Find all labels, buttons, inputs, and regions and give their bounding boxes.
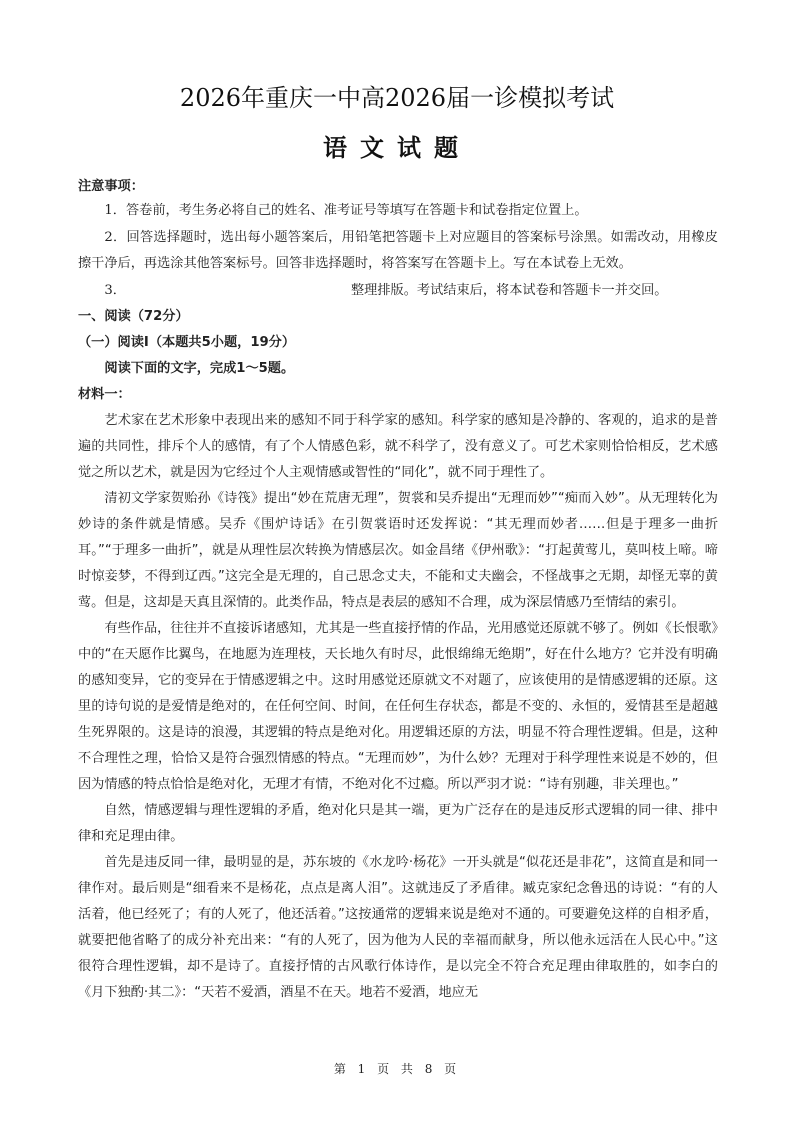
note-item-3-text: 整理排版。考试结束后，将本试卷和答题卡一并交回。 [351,283,668,298]
part-heading: 一、阅读（72分） [78,304,718,330]
paragraph-5: 首先是违反同一律，最明显的是，苏东坡的《水龙吟·杨花》一开头就是“似花还是非花”… [78,850,718,1006]
subject-title: 语文试题 [0,128,794,163]
exam-page: 2026年重庆一中高2026届一诊模拟考试 语文试题 注意事项： 1．答卷前，考… [0,0,794,1122]
page-content: 注意事项： 1．答卷前，考生务必将自己的姓名、准考证号等填写在答题卡和试卷指定位… [78,176,718,1006]
material-label: 材料一： [78,382,718,408]
note-item-1: 1．答卷前，考生务必将自己的姓名、准考证号等填写在答题卡和试卷指定位置上。 [78,198,718,225]
note-item-2: 2．回答选择题时，选出每小题答案后，用铅笔把答题卡上对应题目的答案标号涂黑。如需… [78,225,718,278]
notes-list: 1．答卷前，考生务必将自己的姓名、准考证号等填写在答题卡和试卷指定位置上。 2．… [78,198,718,304]
paragraph-2: 清初文学家贺贻孙《诗筏》提出“妙在荒唐无理”，贺裳和吴乔提出“无理而妙”“痴而入… [78,486,718,616]
exam-title: 2026年重庆一中高2026届一诊模拟考试 [0,78,794,113]
paragraph-1: 艺术家在艺术形象中表现出来的感知不同于科学家的感知。科学家的感知是冷静的、客观的… [78,408,718,486]
page-number: 第 1 页 共 8 页 [0,1060,794,1077]
paragraph-3: 有些作品，往往并不直接诉诸感知，尤其是一些直接抒情的作品，光用感觉还原就不够了。… [78,616,718,798]
paragraph-4: 自然，情感逻辑与理性逻辑的矛盾，绝对化只是其一端，更为广泛存在的是违反形式逻辑的… [78,798,718,850]
notes-heading: 注意事项： [78,176,718,198]
sub-heading: （一）阅读Ⅰ（本题共5小题，19分） [78,330,718,356]
note-item-3: 3．整理排版。考试结束后，将本试卷和答题卡一并交回。 [78,278,718,305]
reading-instruction: 阅读下面的文字，完成1～5题。 [78,356,718,382]
note-item-3-number: 3． [104,283,126,298]
